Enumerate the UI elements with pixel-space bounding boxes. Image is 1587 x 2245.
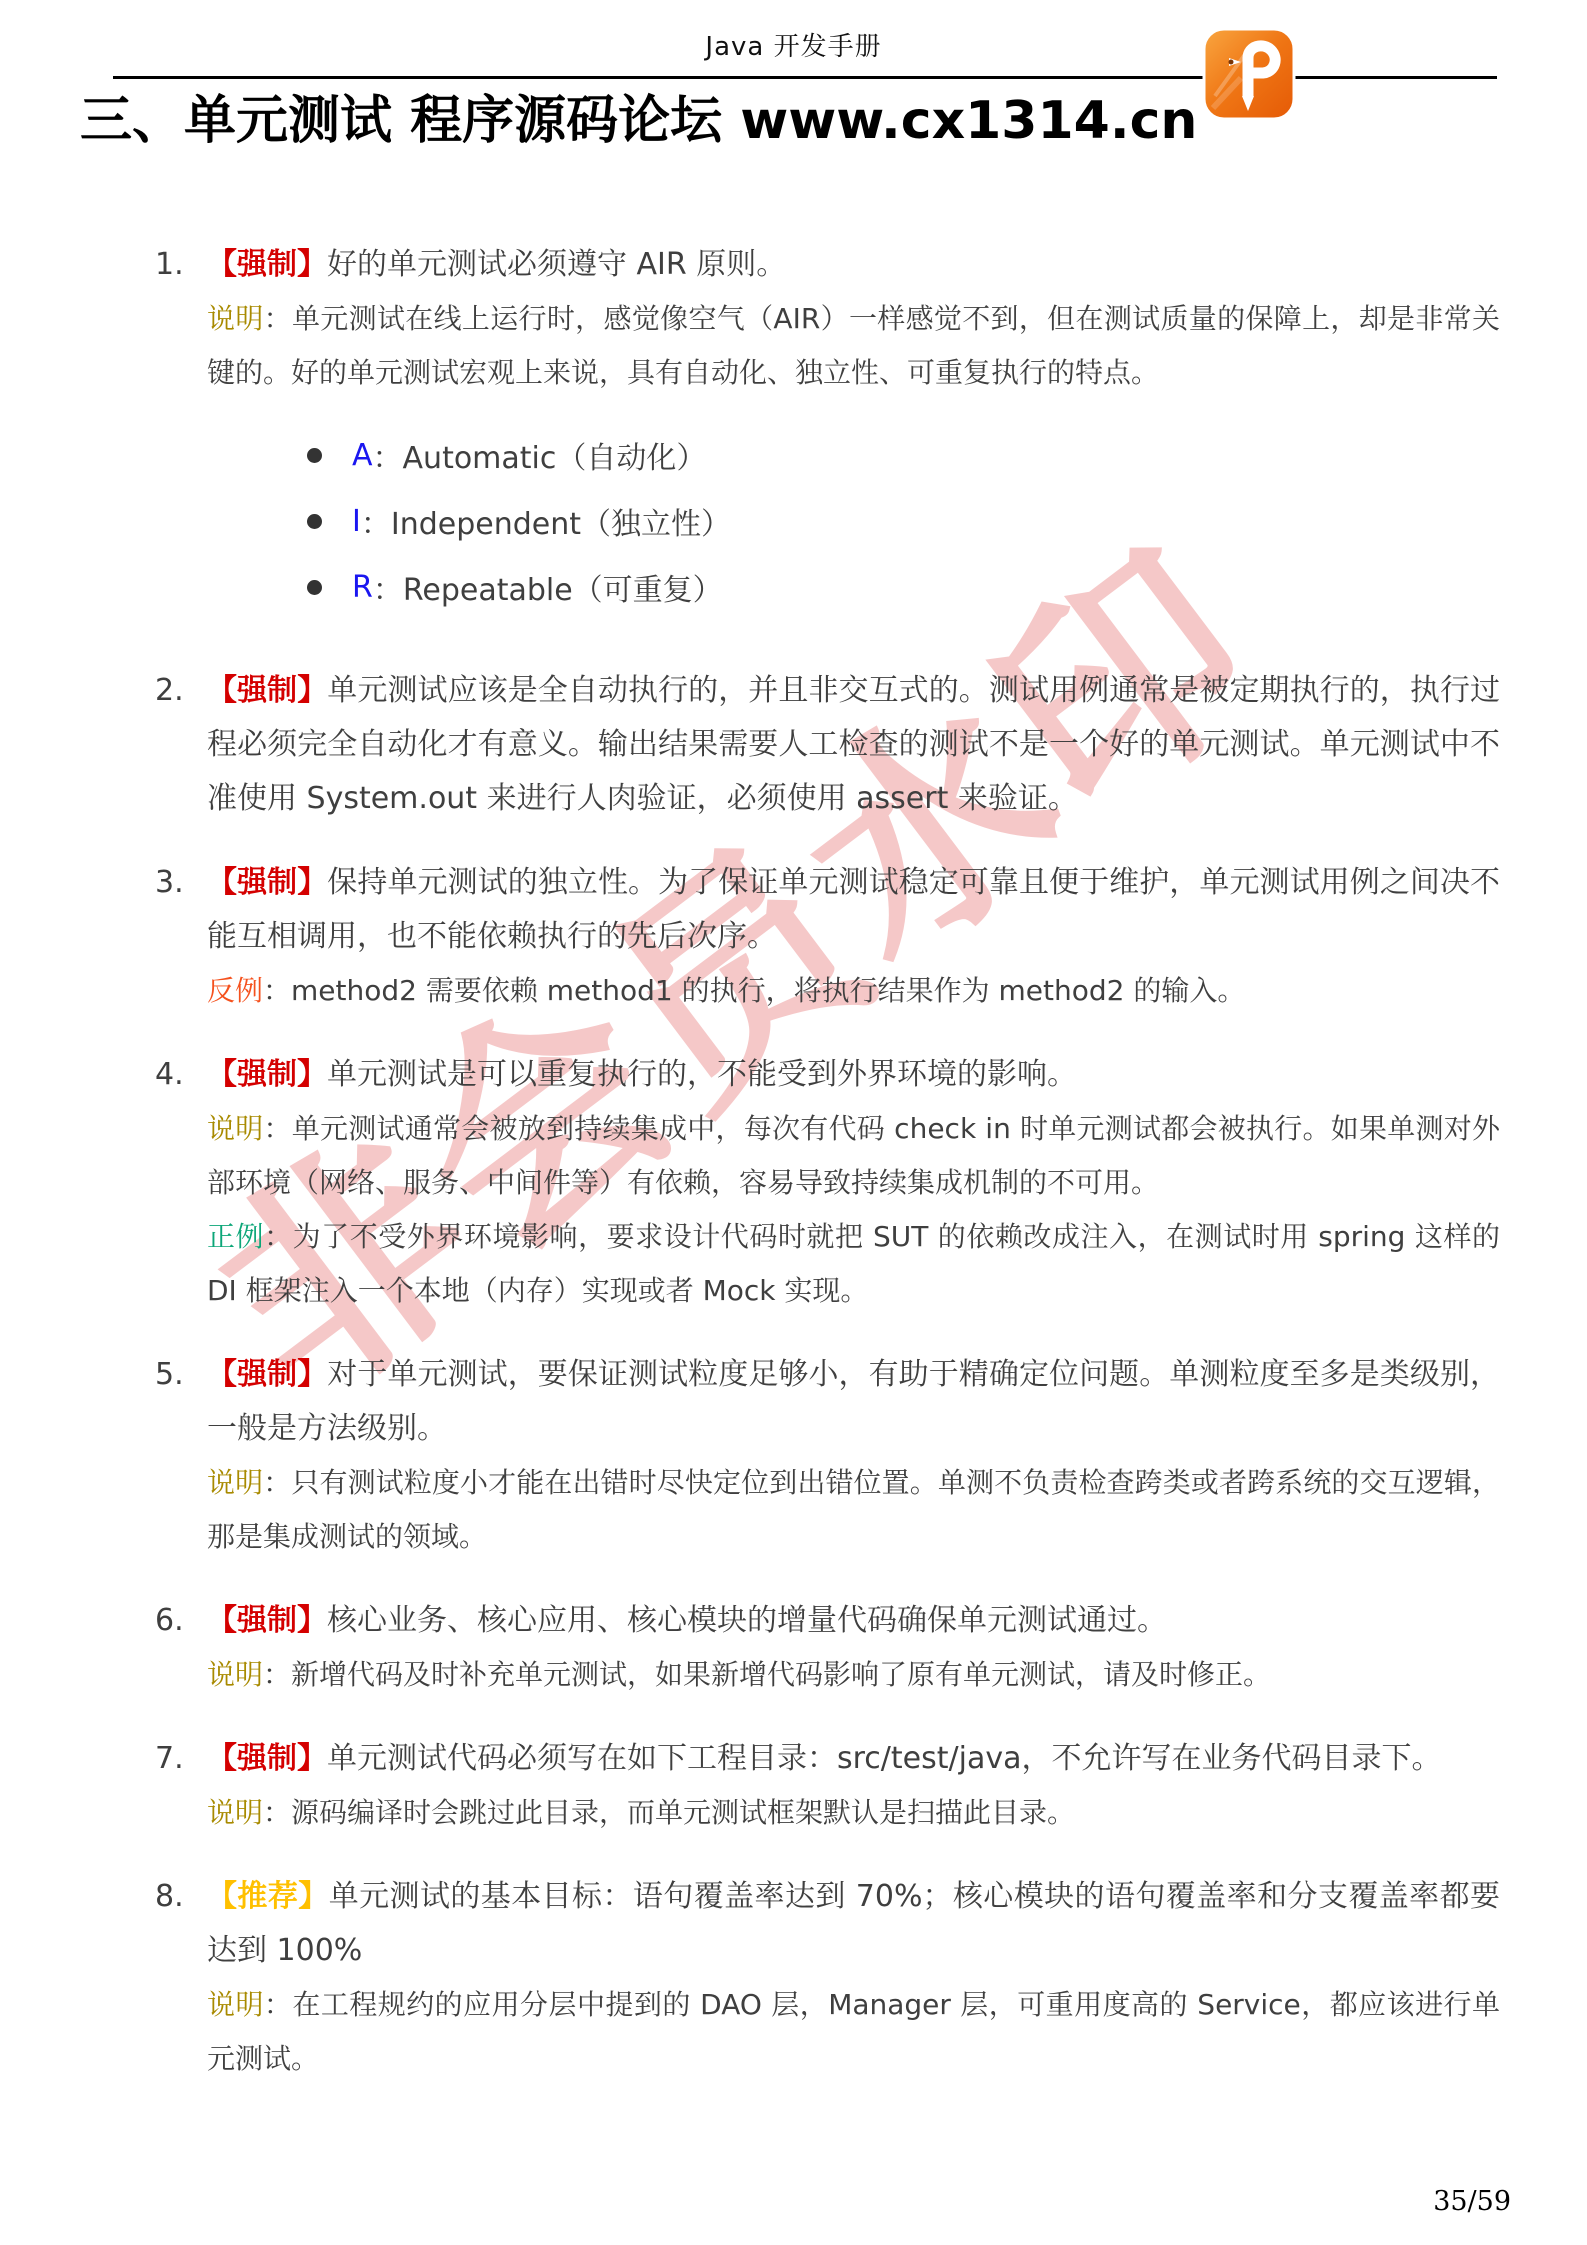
note-text-content: ：单元测试在线上运行时，感觉像空气（AIR）一样感觉不到，但在测试质量的保障上，… bbox=[207, 302, 1500, 389]
rule-text: 单元测试是可以重复执行的，不能受到外界环境的影响。 bbox=[327, 1057, 1077, 1092]
rule-text: 好的单元测试必须遵守 AIR 原则。 bbox=[327, 247, 786, 282]
item-body: 【推荐】单元测试的基本目标：语句覆盖率达到 70%；核心模块的语句覆盖率和分支覆… bbox=[207, 1870, 1500, 2086]
rule-text: 核心业务、核心应用、核心模块的增量代码确保单元测试通过。 bbox=[327, 1603, 1167, 1638]
note-label: 说明 bbox=[207, 1988, 264, 2021]
item-body: 【强制】好的单元测试必须遵守 AIR 原则。说明：单元测试在线上运行时，感觉像空… bbox=[207, 238, 1500, 634]
rule-paragraph: 【强制】对于单元测试，要保证测试粒度足够小，有助于精确定位问题。单测粒度至多是类… bbox=[207, 1348, 1500, 1456]
item-number: 2. bbox=[155, 664, 207, 826]
list-item: 2.【强制】单元测试应该是全自动执行的，并且非交互式的。测试用例通常是被定期执行… bbox=[155, 664, 1500, 826]
bullet-item: R：Repeatable（可重复） bbox=[307, 554, 1500, 620]
page-number: 35/59 bbox=[1433, 2186, 1511, 2217]
rule-paragraph: 【强制】保持单元测试的独立性。为了保证单元测试稳定可靠且便于维护，单元测试用例之… bbox=[207, 856, 1500, 964]
item-number: 7. bbox=[155, 1732, 207, 1840]
rule-text: 单元测试代码必须写在如下工程目录：src/test/java，不允许写在业务代码… bbox=[327, 1741, 1441, 1776]
list-item: 4.【强制】单元测试是可以重复执行的，不能受到外界环境的影响。说明：单元测试通常… bbox=[155, 1048, 1500, 1318]
rule-tag: 【强制】 bbox=[207, 1357, 327, 1392]
note-label: 说明 bbox=[207, 1796, 263, 1829]
bullet-letter: R bbox=[352, 570, 373, 605]
rule-paragraph: 【强制】单元测试代码必须写在如下工程目录：src/test/java，不允许写在… bbox=[207, 1732, 1500, 1786]
note-text-content: ：源码编译时会跳过此目录，而单元测试框架默认是扫描此目录。 bbox=[263, 1796, 1075, 1829]
list-item: 3.【强制】保持单元测试的独立性。为了保证单元测试稳定可靠且便于维护，单元测试用… bbox=[155, 856, 1500, 1018]
bullet-dot-icon bbox=[307, 448, 322, 463]
bullet-letter: I bbox=[352, 504, 361, 539]
note-text-content: ：method2 需要依赖 method1 的执行，将执行结果作为 method… bbox=[263, 974, 1245, 1007]
note-label: 说明 bbox=[207, 1466, 263, 1499]
list-item: 6.【强制】核心业务、核心应用、核心模块的增量代码确保单元测试通过。说明：新增代… bbox=[155, 1594, 1500, 1702]
note-label: 说明 bbox=[207, 1658, 263, 1691]
note-paragraph: 正例：为了不受外界环境影响，要求设计代码时就把 SUT 的依赖改成注入，在测试时… bbox=[207, 1210, 1500, 1318]
item-body: 【强制】核心业务、核心应用、核心模块的增量代码确保单元测试通过。说明：新增代码及… bbox=[207, 1594, 1500, 1702]
air-bullet-list: A：Automatic（自动化）I：Independent（独立性）R：Repe… bbox=[307, 422, 1500, 620]
note-paragraph: 说明：只有测试粒度小才能在出错时尽快定位到出错位置。单测不负责检查跨类或者跨系统… bbox=[207, 1456, 1500, 1564]
note-paragraph: 说明：单元测试通常会被放到持续集成中，每次有代码 check in 时单元测试都… bbox=[207, 1102, 1500, 1210]
bullet-text: ：Independent（独立性） bbox=[361, 499, 731, 543]
item-body: 【强制】对于单元测试，要保证测试粒度足够小，有助于精确定位问题。单测粒度至多是类… bbox=[207, 1348, 1500, 1564]
note-text-content: ：单元测试通常会被放到持续集成中，每次有代码 check in 时单元测试都会被… bbox=[207, 1112, 1500, 1199]
pdf-app-logo-icon bbox=[1201, 26, 1297, 122]
rule-text: 单元测试应该是全自动执行的，并且非交互式的。测试用例通常是被定期执行的，执行过程… bbox=[207, 673, 1500, 816]
note-paragraph: 说明：单元测试在线上运行时，感觉像空气（AIR）一样感觉不到，但在测试质量的保障… bbox=[207, 292, 1500, 400]
bullet-dot-icon bbox=[307, 514, 322, 529]
bullet-text: ：Automatic（自动化） bbox=[373, 433, 707, 477]
note-text-content: ：新增代码及时补充单元测试，如果新增代码影响了原有单元测试，请及时修正。 bbox=[263, 1658, 1271, 1691]
item-number: 8. bbox=[155, 1870, 207, 2086]
item-body: 【强制】单元测试是可以重复执行的，不能受到外界环境的影响。说明：单元测试通常会被… bbox=[207, 1048, 1500, 1318]
item-body: 【强制】单元测试代码必须写在如下工程目录：src/test/java，不允许写在… bbox=[207, 1732, 1500, 1840]
note-label: 说明 bbox=[207, 302, 264, 335]
rule-tag: 【强制】 bbox=[207, 865, 327, 900]
rule-paragraph: 【强制】单元测试是可以重复执行的，不能受到外界环境的影响。 bbox=[207, 1048, 1500, 1102]
rule-text: 单元测试的基本目标：语句覆盖率达到 70%；核心模块的语句覆盖率和分支覆盖率都要… bbox=[207, 1879, 1500, 1968]
note-label: 说明 bbox=[207, 1112, 264, 1145]
rule-tag: 【强制】 bbox=[207, 673, 327, 708]
rule-list: 1.【强制】好的单元测试必须遵守 AIR 原则。说明：单元测试在线上运行时，感觉… bbox=[155, 238, 1500, 2116]
note-label: 反例 bbox=[207, 974, 263, 1007]
bullet-item: I：Independent（独立性） bbox=[307, 488, 1500, 554]
list-item: 8.【推荐】单元测试的基本目标：语句覆盖率达到 70%；核心模块的语句覆盖率和分… bbox=[155, 1870, 1500, 2086]
note-paragraph: 说明：新增代码及时补充单元测试，如果新增代码影响了原有单元测试，请及时修正。 bbox=[207, 1648, 1500, 1702]
note-text-content: ：在工程规约的应用分层中提到的 DAO 层，Manager 层，可重用度高的 S… bbox=[207, 1988, 1500, 2075]
rule-paragraph: 【推荐】单元测试的基本目标：语句覆盖率达到 70%；核心模块的语句覆盖率和分支覆… bbox=[207, 1870, 1500, 1978]
list-item: 7.【强制】单元测试代码必须写在如下工程目录：src/test/java，不允许… bbox=[155, 1732, 1500, 1840]
rule-tag: 【强制】 bbox=[207, 247, 327, 282]
note-paragraph: 说明：源码编译时会跳过此目录，而单元测试框架默认是扫描此目录。 bbox=[207, 1786, 1500, 1840]
note-text-content: ：只有测试粒度小才能在出错时尽快定位到出错位置。单测不负责检查跨类或者跨系统的交… bbox=[207, 1466, 1500, 1553]
rule-text: 对于单元测试，要保证测试粒度足够小，有助于精确定位问题。单测粒度至多是类级别，一… bbox=[207, 1357, 1500, 1446]
rule-tag: 【推荐】 bbox=[207, 1879, 329, 1914]
bullet-letter: A bbox=[352, 438, 373, 473]
item-number: 1. bbox=[155, 238, 207, 634]
list-item: 1.【强制】好的单元测试必须遵守 AIR 原则。说明：单元测试在线上运行时，感觉… bbox=[155, 238, 1500, 634]
item-number: 5. bbox=[155, 1348, 207, 1564]
bullet-item: A：Automatic（自动化） bbox=[307, 422, 1500, 488]
note-paragraph: 反例：method2 需要依赖 method1 的执行，将执行结果作为 meth… bbox=[207, 964, 1500, 1018]
rule-tag: 【强制】 bbox=[207, 1603, 327, 1638]
rule-tag: 【强制】 bbox=[207, 1057, 327, 1092]
item-body: 【强制】单元测试应该是全自动执行的，并且非交互式的。测试用例通常是被定期执行的，… bbox=[207, 664, 1500, 826]
note-label: 正例 bbox=[207, 1220, 264, 1253]
bullet-text: ：Repeatable（可重复） bbox=[373, 565, 723, 609]
rule-paragraph: 【强制】核心业务、核心应用、核心模块的增量代码确保单元测试通过。 bbox=[207, 1594, 1500, 1648]
item-number: 3. bbox=[155, 856, 207, 1018]
note-text-content: ：为了不受外界环境影响，要求设计代码时就把 SUT 的依赖改成注入，在测试时用 … bbox=[207, 1220, 1500, 1307]
document-page: Java 开发手册 三、单元测试 程序源码论坛 www.cx1314.cn 非会… bbox=[0, 0, 1587, 2245]
note-paragraph: 说明：在工程规约的应用分层中提到的 DAO 层，Manager 层，可重用度高的… bbox=[207, 1978, 1500, 2086]
rule-paragraph: 【强制】单元测试应该是全自动执行的，并且非交互式的。测试用例通常是被定期执行的，… bbox=[207, 664, 1500, 826]
document-header-title: Java 开发手册 bbox=[0, 26, 1587, 63]
item-number: 4. bbox=[155, 1048, 207, 1318]
rule-paragraph: 【强制】好的单元测试必须遵守 AIR 原则。 bbox=[207, 238, 1500, 292]
item-number: 6. bbox=[155, 1594, 207, 1702]
rule-text: 保持单元测试的独立性。为了保证单元测试稳定可靠且便于维护，单元测试用例之间决不能… bbox=[207, 865, 1500, 954]
list-item: 5.【强制】对于单元测试，要保证测试粒度足够小，有助于精确定位问题。单测粒度至多… bbox=[155, 1348, 1500, 1564]
rule-tag: 【强制】 bbox=[207, 1741, 327, 1776]
item-body: 【强制】保持单元测试的独立性。为了保证单元测试稳定可靠且便于维护，单元测试用例之… bbox=[207, 856, 1500, 1018]
bullet-dot-icon bbox=[307, 580, 322, 595]
